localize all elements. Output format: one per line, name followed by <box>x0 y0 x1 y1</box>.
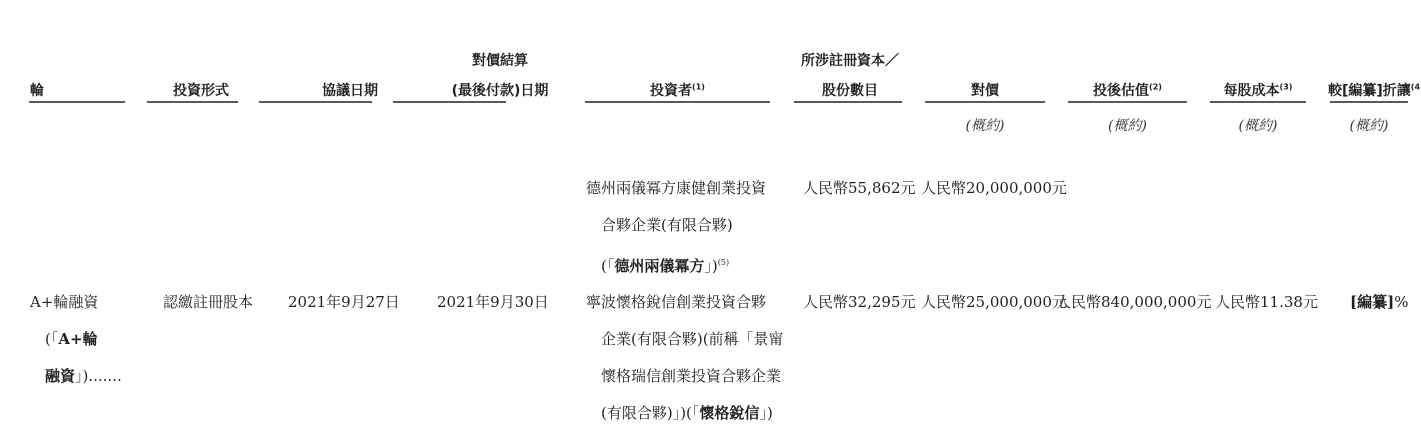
approx-cost: (概約) <box>1210 115 1306 135</box>
investor-2-name: 寧波懷格銳信創業投資合夥 企業(有限合夥)(前稱「景甯 懷格瑞信創業投資合夥企業… <box>586 284 784 432</box>
header-discount-label: 較[編纂]折讓 <box>1328 83 1411 99</box>
footnote-ref: (2) <box>1149 82 1162 91</box>
header-rule <box>1210 101 1306 103</box>
header-round: 輪 <box>30 80 44 100</box>
bracket: 」) <box>704 257 717 275</box>
bracket: (「 <box>601 257 614 275</box>
agreement-date: 2021年9月27日 <box>288 284 400 321</box>
footnote-ref: (1) <box>692 82 705 91</box>
approx-discount: (概約) <box>1330 115 1408 135</box>
header-agreement-date: 協議日期 <box>288 80 412 100</box>
header-investment-form: 投資形式 <box>163 80 239 100</box>
investor-2-short-bold: 懷格銳信 <box>699 404 759 422</box>
approx-valuation: (概約) <box>1068 115 1187 135</box>
round-line3: 融資」)....... <box>30 358 122 395</box>
header-valuation-label: 投後估值 <box>1093 83 1149 99</box>
investor-2-line3: 懷格瑞信創業投資合夥企業 <box>586 358 784 395</box>
header-post-money-valuation: 投後估值(2) <box>1068 80 1187 100</box>
discount: [編纂]% <box>1350 284 1408 321</box>
header-investor: 投資者(1) <box>585 80 770 100</box>
header-registered-capital-line1: 所涉註冊資本／ <box>795 50 905 70</box>
leader-dots: 」)....... <box>75 367 122 385</box>
footnote-ref: (3) <box>1280 82 1293 91</box>
investor-2-short-name: (有限合夥)」)(「懷格銳信」) <box>586 395 784 432</box>
investor-1-short-bold: 德州兩儀冪方 <box>614 257 704 275</box>
investor-1-line1: 德州兩儀冪方康健創業投資 <box>586 170 766 207</box>
header-rule <box>1068 101 1187 103</box>
investor-1-registered-capital: 人民幣55,862元 <box>803 170 916 207</box>
investor-2-consideration: 人民幣25,000,000元 <box>921 284 1067 321</box>
header-rule <box>147 101 238 103</box>
approx-consideration: (概約) <box>925 115 1045 135</box>
header-cost-label: 每股成本 <box>1224 83 1280 99</box>
header-rule <box>29 101 125 103</box>
header-settlement-date: (最後付款)日期 <box>438 80 562 100</box>
percent-sign: % <box>1394 293 1408 311</box>
header-consideration: 對價 <box>925 80 1045 100</box>
header-rule <box>794 101 902 103</box>
bracket: (有限合夥)」)(「 <box>601 404 699 422</box>
header-rule <box>259 101 372 103</box>
header-rule <box>585 101 770 103</box>
investor-1-short-name: (「德州兩儀冪方」)(5) <box>586 244 766 285</box>
investor-1-name: 德州兩儀冪方康健創業投資 合夥企業(有限合夥) (「德州兩儀冪方」)(5) <box>586 170 766 285</box>
round-name: A+輪融資 (「A+輪 融資」)....... <box>30 284 122 395</box>
round-short-bold: 融資 <box>45 367 75 385</box>
investor-2-registered-capital: 人民幣32,295元 <box>803 284 916 321</box>
header-settlement-line1: 對價結算 <box>438 50 562 70</box>
investor-2-line1: 寧波懷格銳信創業投資合夥 <box>586 284 784 321</box>
round-short-bold: A+輪 <box>58 330 97 348</box>
header-registered-capital: 股份數目 <box>795 80 905 100</box>
round-line1: A+輪融資 <box>30 284 122 321</box>
header-rule <box>925 101 1045 103</box>
bracket: (「 <box>45 330 58 348</box>
bracket: 」) <box>759 404 772 422</box>
settlement-date: 2021年9月30日 <box>437 284 549 321</box>
post-money-valuation: 人民幣840,000,000元 <box>1056 284 1211 321</box>
discount-redacted: [編纂] <box>1350 293 1394 311</box>
cost-per-share: 人民幣11.38元 <box>1215 284 1318 321</box>
header-cost-per-share: 每股成本(3) <box>1210 80 1306 100</box>
header-investor-label: 投資者 <box>650 83 692 99</box>
header-rule <box>1330 101 1408 103</box>
investor-1-line2: 合夥企業(有限合夥) <box>586 207 766 244</box>
footnote-ref: (4) <box>1411 82 1421 91</box>
investment-form: 認繳註冊股本 <box>163 284 253 321</box>
header-discount: 較[編纂]折讓(4) <box>1328 80 1408 100</box>
footnote-ref: (5) <box>718 258 729 267</box>
header-rule <box>393 101 506 103</box>
round-line2: (「A+輪 <box>30 321 122 358</box>
investor-1-consideration: 人民幣20,000,000元 <box>921 170 1067 207</box>
investor-2-line2: 企業(有限合夥)(前稱「景甯 <box>586 321 784 358</box>
